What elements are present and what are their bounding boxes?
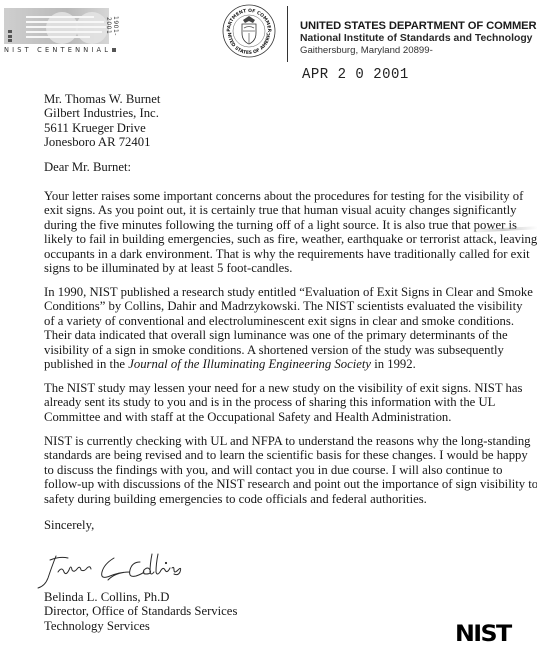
department-name: UNITED STATES DEPARTMENT OF COMMERCE [300, 20, 537, 33]
paragraph-line: occupants in a dark environment. That is… [44, 247, 536, 261]
recipient-city: Jonesboro AR 72401 [44, 135, 160, 149]
paragraph-4: NIST is currently checking with UL and N… [44, 434, 536, 506]
paragraph-line: standards are being revised and to learn… [44, 448, 536, 462]
institute-name: National Institute of Standards and Tech… [300, 33, 537, 45]
closing: Sincerely, [44, 518, 94, 532]
letter-page: 1901-2001 NIST CENTENNIAL DEPARTMENT OF … [0, 0, 537, 647]
centennial-graphic [4, 8, 109, 44]
signer-name: Belinda L. Collins, Ph.D [44, 590, 237, 604]
signer-title: Director, Office of Standards Services [44, 604, 237, 618]
recipient-address: Mr. Thomas W. Burnet Gilbert Industries,… [44, 92, 160, 150]
paragraph-line: during the five minutes following the tu… [44, 218, 536, 232]
paragraph-line: In 1990, NIST published a research study… [44, 285, 536, 299]
journal-title: Journal of the Illuminating Engineering … [128, 357, 371, 371]
recipient-name: Mr. Thomas W. Burnet [44, 92, 160, 106]
paragraph-2: In 1990, NIST published a research study… [44, 285, 536, 371]
paragraph-line: visibility of a sign in smoke conditions… [44, 343, 536, 357]
nist-centennial-logo: 1901-2001 NIST CENTENNIAL [2, 6, 120, 54]
recipient-company: Gilbert Industries, Inc. [44, 106, 160, 120]
centennial-label: NIST CENTENNIAL [4, 46, 116, 54]
paragraph-line: of a variety of conventional and electro… [44, 314, 536, 328]
paragraph-line: published in the Journal of the Illumina… [44, 357, 536, 371]
letterhead-divider [287, 6, 288, 62]
department-of-commerce-seal-icon: DEPARTMENT OF COMMERCE UNITED STATES OF … [222, 4, 276, 58]
date-stamp: APR 2 0 2001 [302, 67, 409, 84]
recipient-street: 5611 Krueger Drive [44, 121, 160, 135]
paragraph-line: likely to fail in building emergencies, … [44, 232, 536, 246]
paragraph-line: exit signs. As you point out, it is cert… [44, 203, 536, 217]
paragraph-line: NIST is currently checking with UL and N… [44, 434, 536, 448]
agency-header: UNITED STATES DEPARTMENT OF COMMERCE Nat… [300, 20, 537, 57]
paragraph-line: safety during building emergencies to co… [44, 492, 536, 506]
paragraph-line: signs to be illuminated by at least 5 fo… [44, 261, 536, 275]
paragraph-line: Conditions” by Collins, Dahir and Madrzy… [44, 299, 536, 313]
paragraph-1: Your letter raises some important concer… [44, 189, 536, 275]
paragraph-3: The NIST study may lessen your need for … [44, 381, 536, 424]
paragraph-line: follow-up with discussions of the NIST r… [44, 477, 536, 491]
paragraph-line: Committee and with staff at the Occupati… [44, 410, 536, 424]
agency-address: Gaithersburg, Maryland 20899- [300, 45, 537, 57]
nist-logo: NIST [455, 625, 511, 645]
signer-unit: Technology Services [44, 619, 237, 633]
signature-block: Belinda L. Collins, Ph.D Director, Offic… [44, 590, 237, 633]
paragraph-line: Your letter raises some important concer… [44, 189, 536, 203]
centennial-years: 1901-2001 [111, 8, 119, 44]
paragraph-line: Their data indicated that overall sign l… [44, 328, 536, 342]
handwritten-signature [36, 548, 216, 592]
paragraph-line: to discuss the findings with you, and wi… [44, 463, 536, 477]
paragraph-line: The NIST study may lessen your need for … [44, 381, 536, 395]
paragraph-line: already sent its study to you and is in … [44, 395, 536, 409]
salutation: Dear Mr. Burnet: [44, 160, 131, 174]
